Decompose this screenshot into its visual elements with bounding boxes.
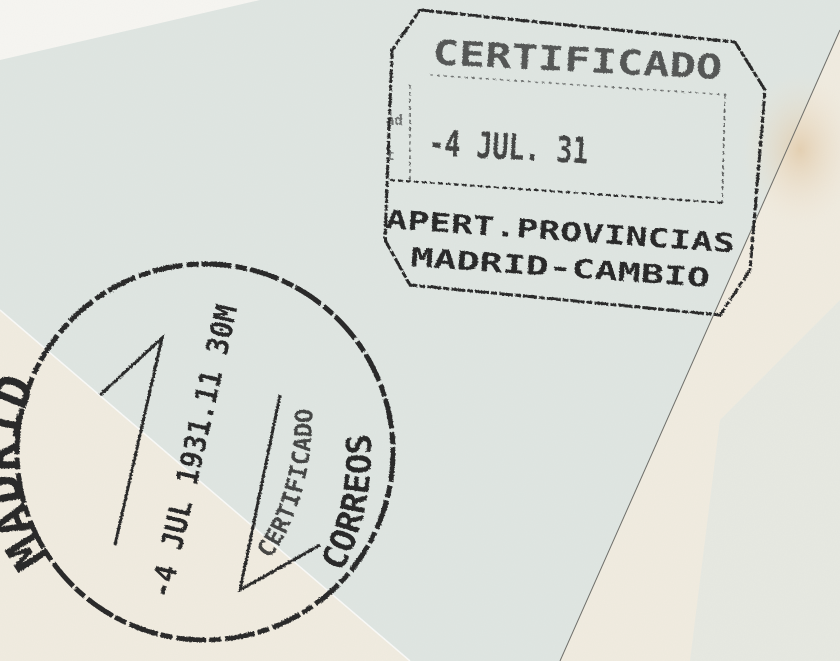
cancel-side-mark: t	[386, 148, 394, 164]
envelope-illustration: CERTIFICADO -4 JUL. 31 APERT.PROVINCIAS …	[0, 0, 840, 661]
envelope-photo: CERTIFICADO -4 JUL. 31 APERT.PROVINCIAS …	[0, 0, 840, 661]
cancel-side-mark: ad	[386, 113, 403, 129]
cancel-date: -4 JUL. 31	[428, 123, 590, 172]
